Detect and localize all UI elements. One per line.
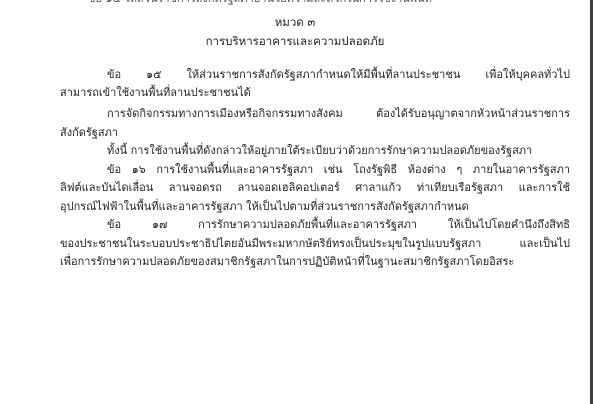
- paragraph-line: ข้อ ๑๖ การใช้งานพื้นที่และอาคารรัฐสภา เช…: [107, 162, 570, 178]
- paragraph-line: ข้อ ๑๕ ให้ส่วนราชการสังกัดรัฐสภากำหนดให้…: [107, 67, 570, 83]
- paragraph-line: ทั้งนี้ การใช้งานพื้นที่ดังกล่าวให้อยู่ภ…: [107, 143, 570, 159]
- chapter-number: หมวด ๓: [0, 14, 590, 30]
- paragraph-line: ของประชาชนในระบอบประชาธิปไตยอันมีพระมหาก…: [60, 236, 570, 252]
- paragraph-line: สังกัดรัฐสภา: [60, 125, 570, 141]
- paragraph-line: ข้อ ๑๗ การรักษาความปลอดภัยพื้นที่และอาคา…: [107, 217, 570, 233]
- paragraph-line: ลิฟต์และบันไดเลื่อน ลานจอดรถ ลานจอดเฮลิค…: [60, 180, 570, 196]
- paragraph-line: การจัดกิจกรรมทางการเมืองหรือกิจกรรมทางสั…: [107, 106, 570, 122]
- document-page: ข้อ ๑๔ ให้ส่วนราชการสังกัดรัฐสภาอำนวยควา…: [0, 0, 590, 404]
- chapter-title: การบริหารอาคารและความปลอดภัย: [0, 33, 590, 49]
- cut-off-line: ข้อ ๑๔ ให้ส่วนราชการสังกัดรัฐสภาอำนวยควา…: [88, 0, 593, 7]
- paragraph-line: เพื่อการรักษาความปลอดภัยของสมาชิกรัฐสภาใ…: [60, 254, 570, 270]
- paragraph-line: สามารถเข้าใช้งานพื้นที่ลานประชาชนได้: [60, 85, 570, 101]
- paragraph-line: อุปกรณ์ไฟฟ้าในพื้นที่และอาคารรัฐสภา ให้เ…: [60, 199, 570, 215]
